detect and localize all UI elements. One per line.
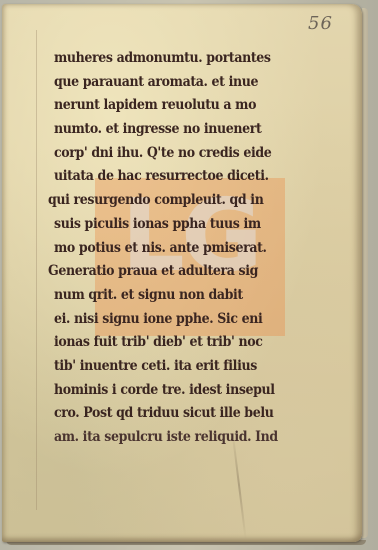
text-line: corp' dni ihu. Q'te no credis eide <box>54 142 287 166</box>
text-line: nerunt lapidem reuolutu a mo <box>54 94 287 118</box>
text-line: hominis i corde tre. idest insepul <box>54 379 287 403</box>
page-edge-right <box>362 8 368 538</box>
text-line: ei. nisi signu ione pphe. Sic eni <box>54 308 287 332</box>
manuscript-text: muheres admonumtu. portantes que parauan… <box>54 47 304 450</box>
text-line: numto. et ingresse no inuenert <box>54 118 287 142</box>
text-line: ionas fuit trib' dieb' et trib' noc <box>54 331 287 355</box>
text-line: am. ita sepulcru iste reliquid. Ind <box>54 426 287 450</box>
text-line: tib' inuentre ceti. ita erit filius <box>54 355 287 379</box>
text-line: mo potius et nis. ante pmiserat. <box>54 237 287 261</box>
folio-number: 56 <box>308 13 333 34</box>
text-line: muheres admonumtu. portantes <box>54 47 287 71</box>
text-line: uitata de hac resurrectoe diceti. <box>54 165 287 189</box>
text-line: Generatio praua et adultera sig <box>48 260 286 284</box>
text-line: cro. Post qd triduu sicut ille belu <box>54 402 287 426</box>
text-line: qui resurgendo compleuit. qd in <box>48 189 286 213</box>
text-line: num qrit. et signu non dabit <box>54 284 287 308</box>
text-line: suis piculis ionas ppha tuus im <box>54 213 287 237</box>
margin-ruling-line <box>36 30 37 510</box>
text-line: que parauant aromata. et inue <box>54 71 287 95</box>
